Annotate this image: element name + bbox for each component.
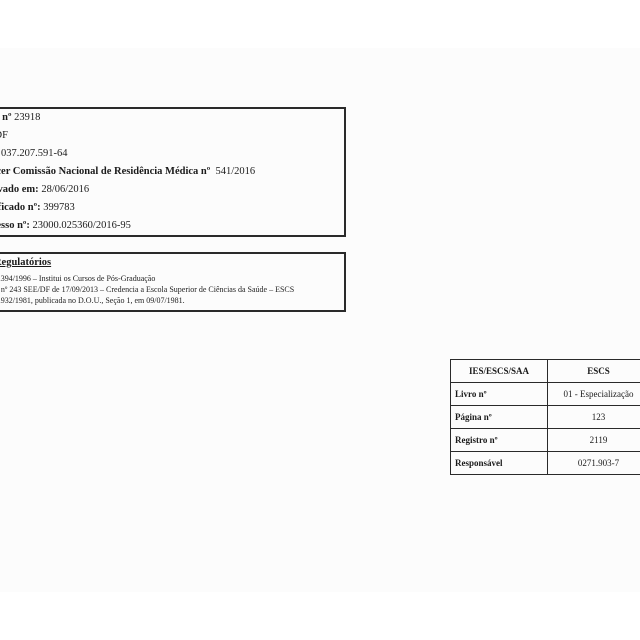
header-ies: IES/ESCS/SAA	[451, 360, 548, 383]
row-key: Registro nº	[451, 429, 548, 452]
cpf-line: PF: 037.207.591-64	[0, 148, 67, 159]
table-header-row: IES/ESCS/SAA ESCS	[451, 360, 640, 383]
processo-value: 23000.025360/2016-95	[33, 220, 131, 231]
table-row: Registro nº 2119	[451, 429, 640, 452]
aprovado-value: 28/06/2016	[41, 184, 89, 195]
law-item: i nº 6.932/1981, publicada no D.O.U., Se…	[0, 296, 185, 305]
row-key: Livro nº	[451, 383, 548, 406]
row-value: 2119	[548, 429, 640, 452]
uf-value: DF	[0, 130, 8, 141]
cpf-value: 037.207.591-64	[1, 148, 68, 159]
uf-line: F: DF	[0, 130, 8, 141]
row-value: 01 - Especialização	[548, 383, 640, 406]
crm-line: RM nº 23918	[0, 112, 40, 123]
parecer-line: arecer Comissão Nacional de Residência M…	[0, 166, 255, 177]
regulatory-title: os Regulatórios	[0, 257, 51, 268]
table-row: Livro nº 01 - Especialização	[451, 383, 640, 406]
certificado-line: ertificado nº: 399783	[0, 202, 75, 213]
regulatory-box: os Regulatórios i nº 9.394/1996 – Instit…	[0, 252, 346, 312]
row-value: 123	[548, 406, 640, 429]
aprovado-line: provado em: 28/06/2016	[0, 184, 89, 195]
table-row: Página nº 123	[451, 406, 640, 429]
law-item: rtaria nº 243 SEE/DF de 17/09/2013 – Cre…	[0, 285, 294, 294]
table-row: Responsável 0271.903-7	[451, 452, 640, 475]
registry-table: IES/ESCS/SAA ESCS Livro nº 01 - Especial…	[450, 359, 640, 475]
credentials-box: RM nº 23918 F: DF PF: 037.207.591-64 are…	[0, 107, 346, 237]
row-key: Página nº	[451, 406, 548, 429]
law-item: i nº 9.394/1996 – Institui os Cursos de …	[0, 274, 155, 283]
header-escs: ESCS	[548, 360, 640, 383]
crm-value: 23918	[14, 112, 40, 123]
row-value: 0271.903-7	[548, 452, 640, 475]
parecer-value: 541/2016	[215, 166, 255, 177]
row-key: Responsável	[451, 452, 548, 475]
certificado-value: 399783	[43, 202, 75, 213]
processo-line: rocesso nº: 23000.025360/2016-95	[0, 220, 131, 231]
